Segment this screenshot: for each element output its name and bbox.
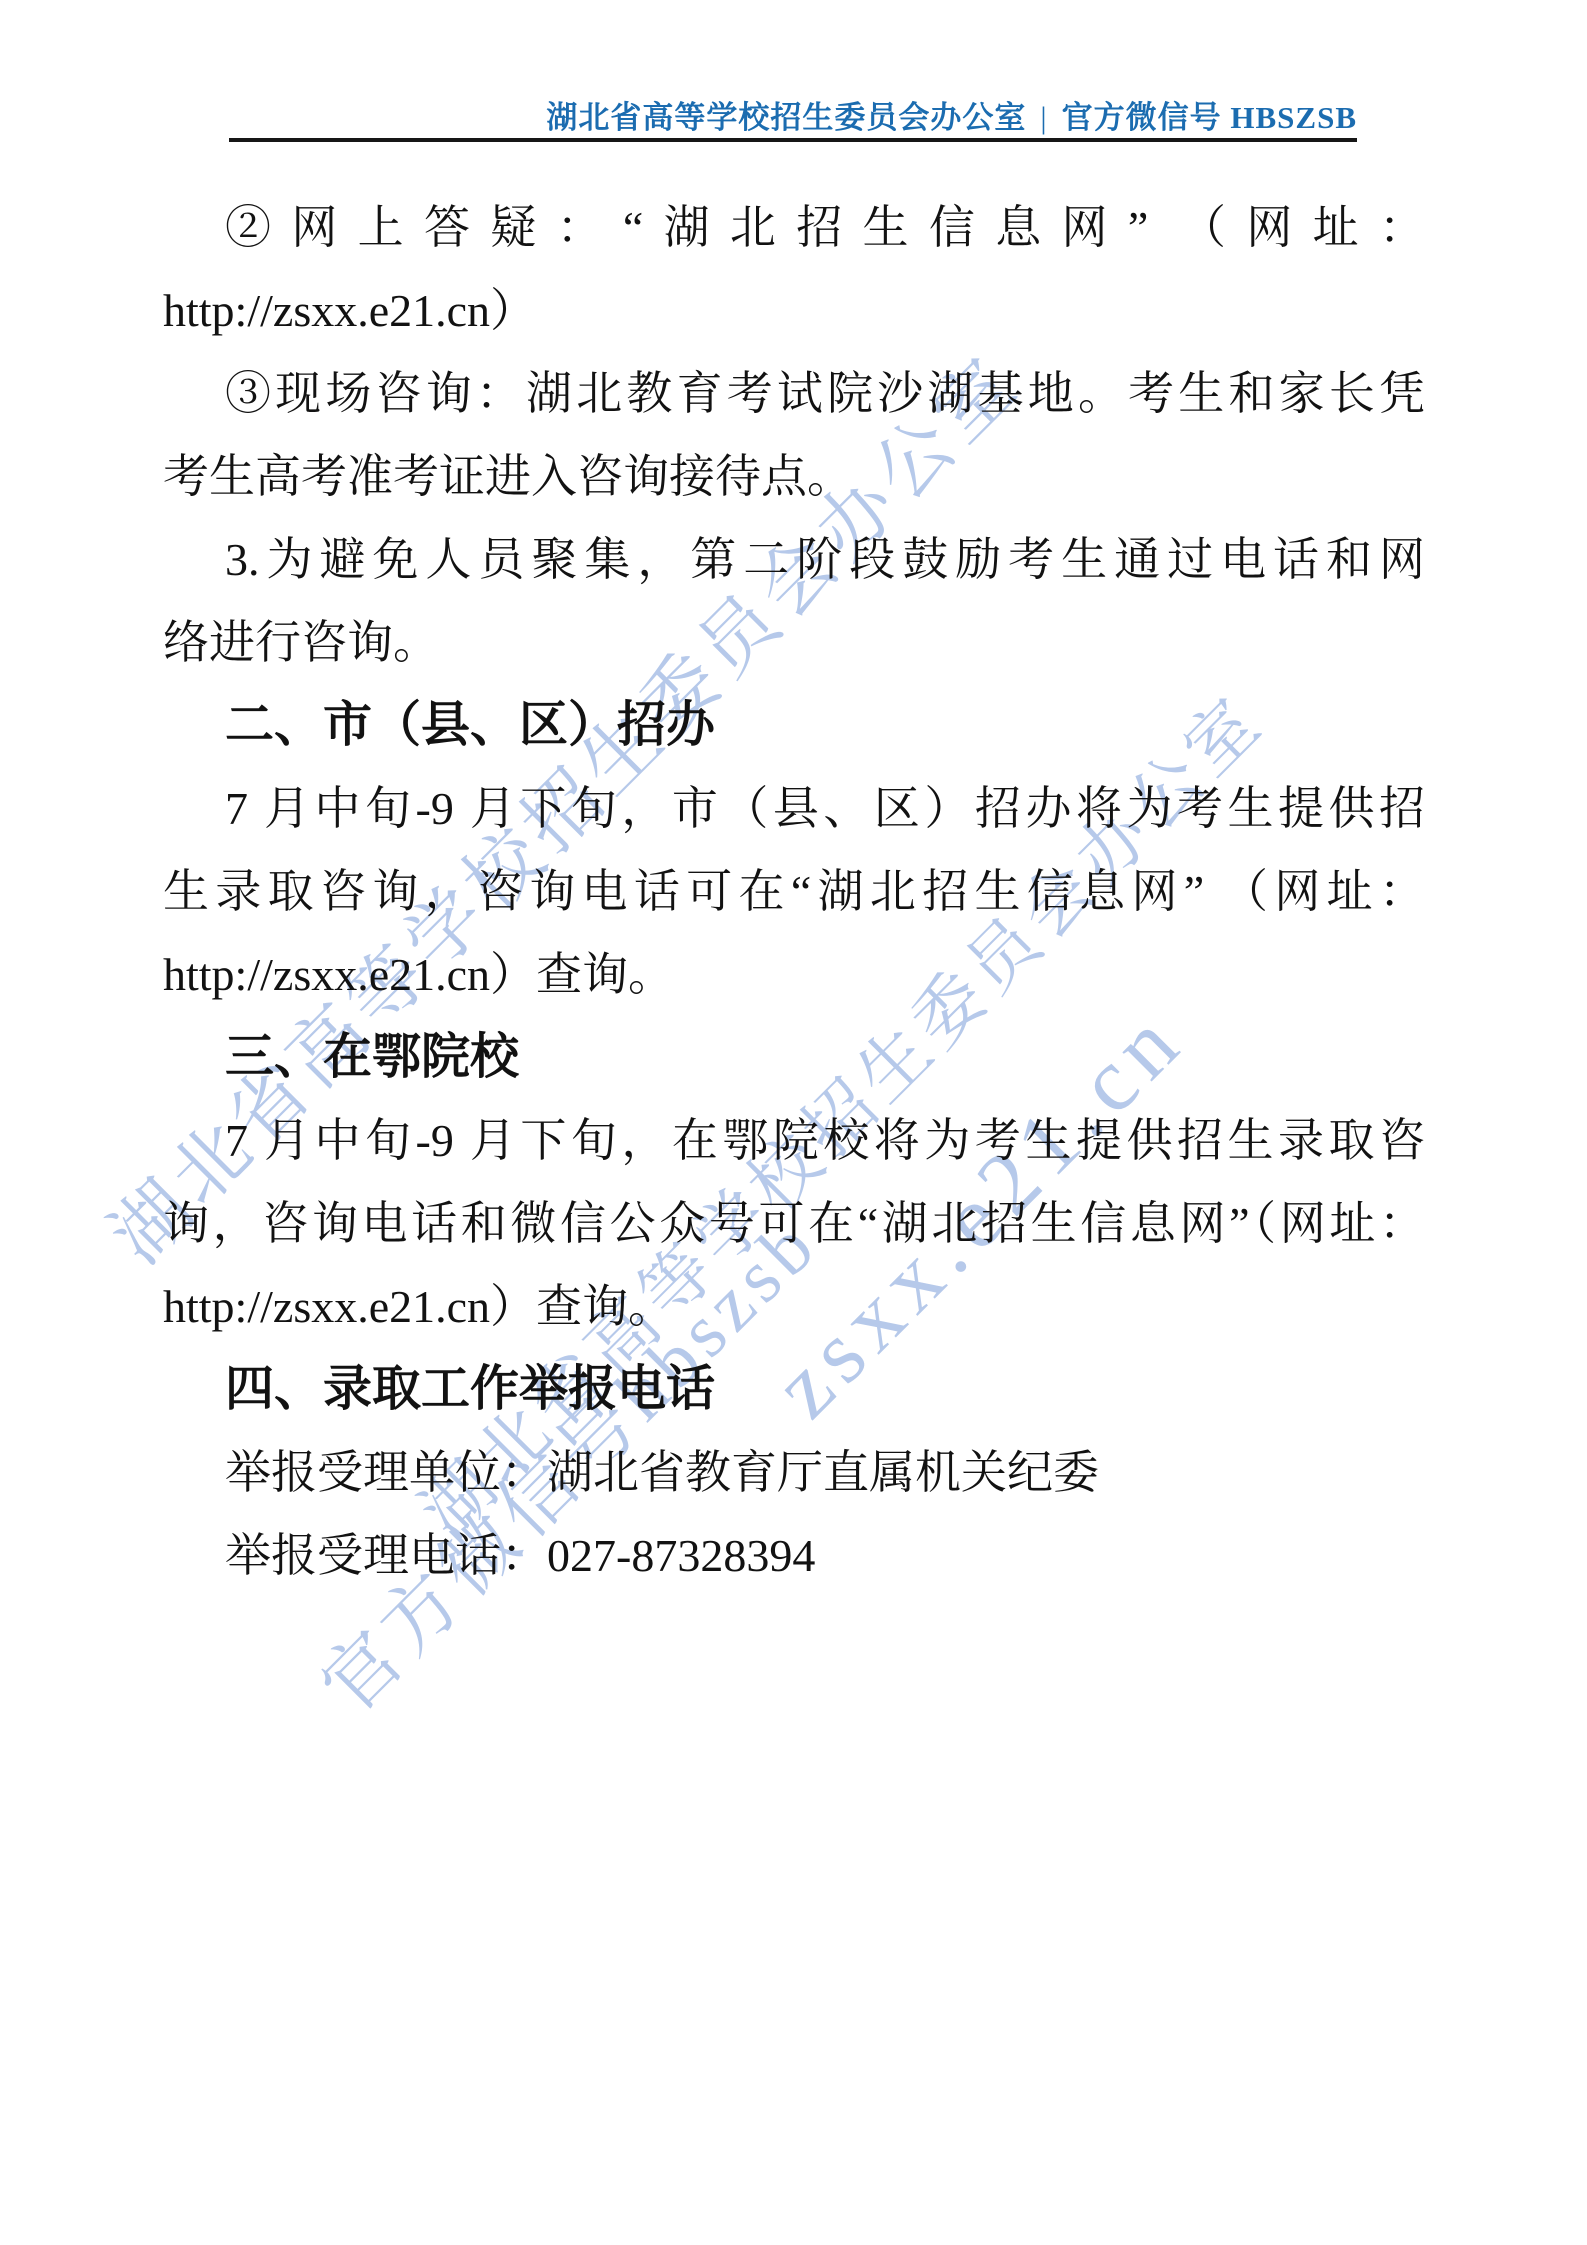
document-page: 湖北省高等学校招生委员会办公室 官方微信号hbszsb zsxx.e21.cn … <box>0 0 1587 2245</box>
text-line: http://zsxx.e21.cn） <box>163 269 1425 352</box>
header-rule <box>229 138 1357 142</box>
text-line: http://zsxx.e21.cn）查询。 <box>163 933 1425 1016</box>
text-line: 考生高考准考证进入咨询接待点。 <box>163 435 1425 518</box>
header-wechat-label: 官方微信号 HBSZSB <box>1062 100 1357 135</box>
text-line: ③现场咨询：湖北教育考试院沙湖基地。考生和家长凭 <box>163 352 1425 435</box>
section-heading: 二、市（县、区）招办 <box>163 684 1425 767</box>
text-line: 3.为避免人员聚集，第二阶段鼓励考生通过电话和网 <box>163 518 1425 601</box>
document-body: ②网上答疑：“湖北招生信息网” （网址：http://zsxx.e21.cn）③… <box>163 186 1425 1597</box>
text-line: ②网上答疑：“湖北招生信息网” （网址： <box>163 186 1425 269</box>
text-line: http://zsxx.e21.cn）查询。 <box>163 1265 1425 1348</box>
text-line: 络进行咨询。 <box>163 601 1425 684</box>
text-line: 7 月中旬-9 月下旬，市（县、区）招办将为考生提供招 <box>163 767 1425 850</box>
header-org-name: 湖北省高等学校招生委员会办公室 <box>546 100 1026 135</box>
page-header: 湖北省高等学校招生委员会办公室|官方微信号 HBSZSB <box>546 92 1357 137</box>
text-line: 生录取咨询，咨询电话可在“湖北招生信息网” （网址： <box>163 850 1425 933</box>
text-line: 举报受理单位：湖北省教育厅直属机关纪委 <box>163 1431 1425 1514</box>
text-line: 7 月中旬-9 月下旬，在鄂院校将为考生提供招生录取咨 <box>163 1099 1425 1182</box>
text-line: 询，咨询电话和微信公众号可在“湖北招生信息网”（网址： <box>163 1182 1425 1265</box>
section-heading: 三、在鄂院校 <box>163 1016 1425 1099</box>
text-line: 举报受理电话：027-87328394 <box>163 1514 1425 1597</box>
section-heading: 四、录取工作举报电话 <box>163 1348 1425 1431</box>
header-separator: | <box>1026 100 1061 135</box>
